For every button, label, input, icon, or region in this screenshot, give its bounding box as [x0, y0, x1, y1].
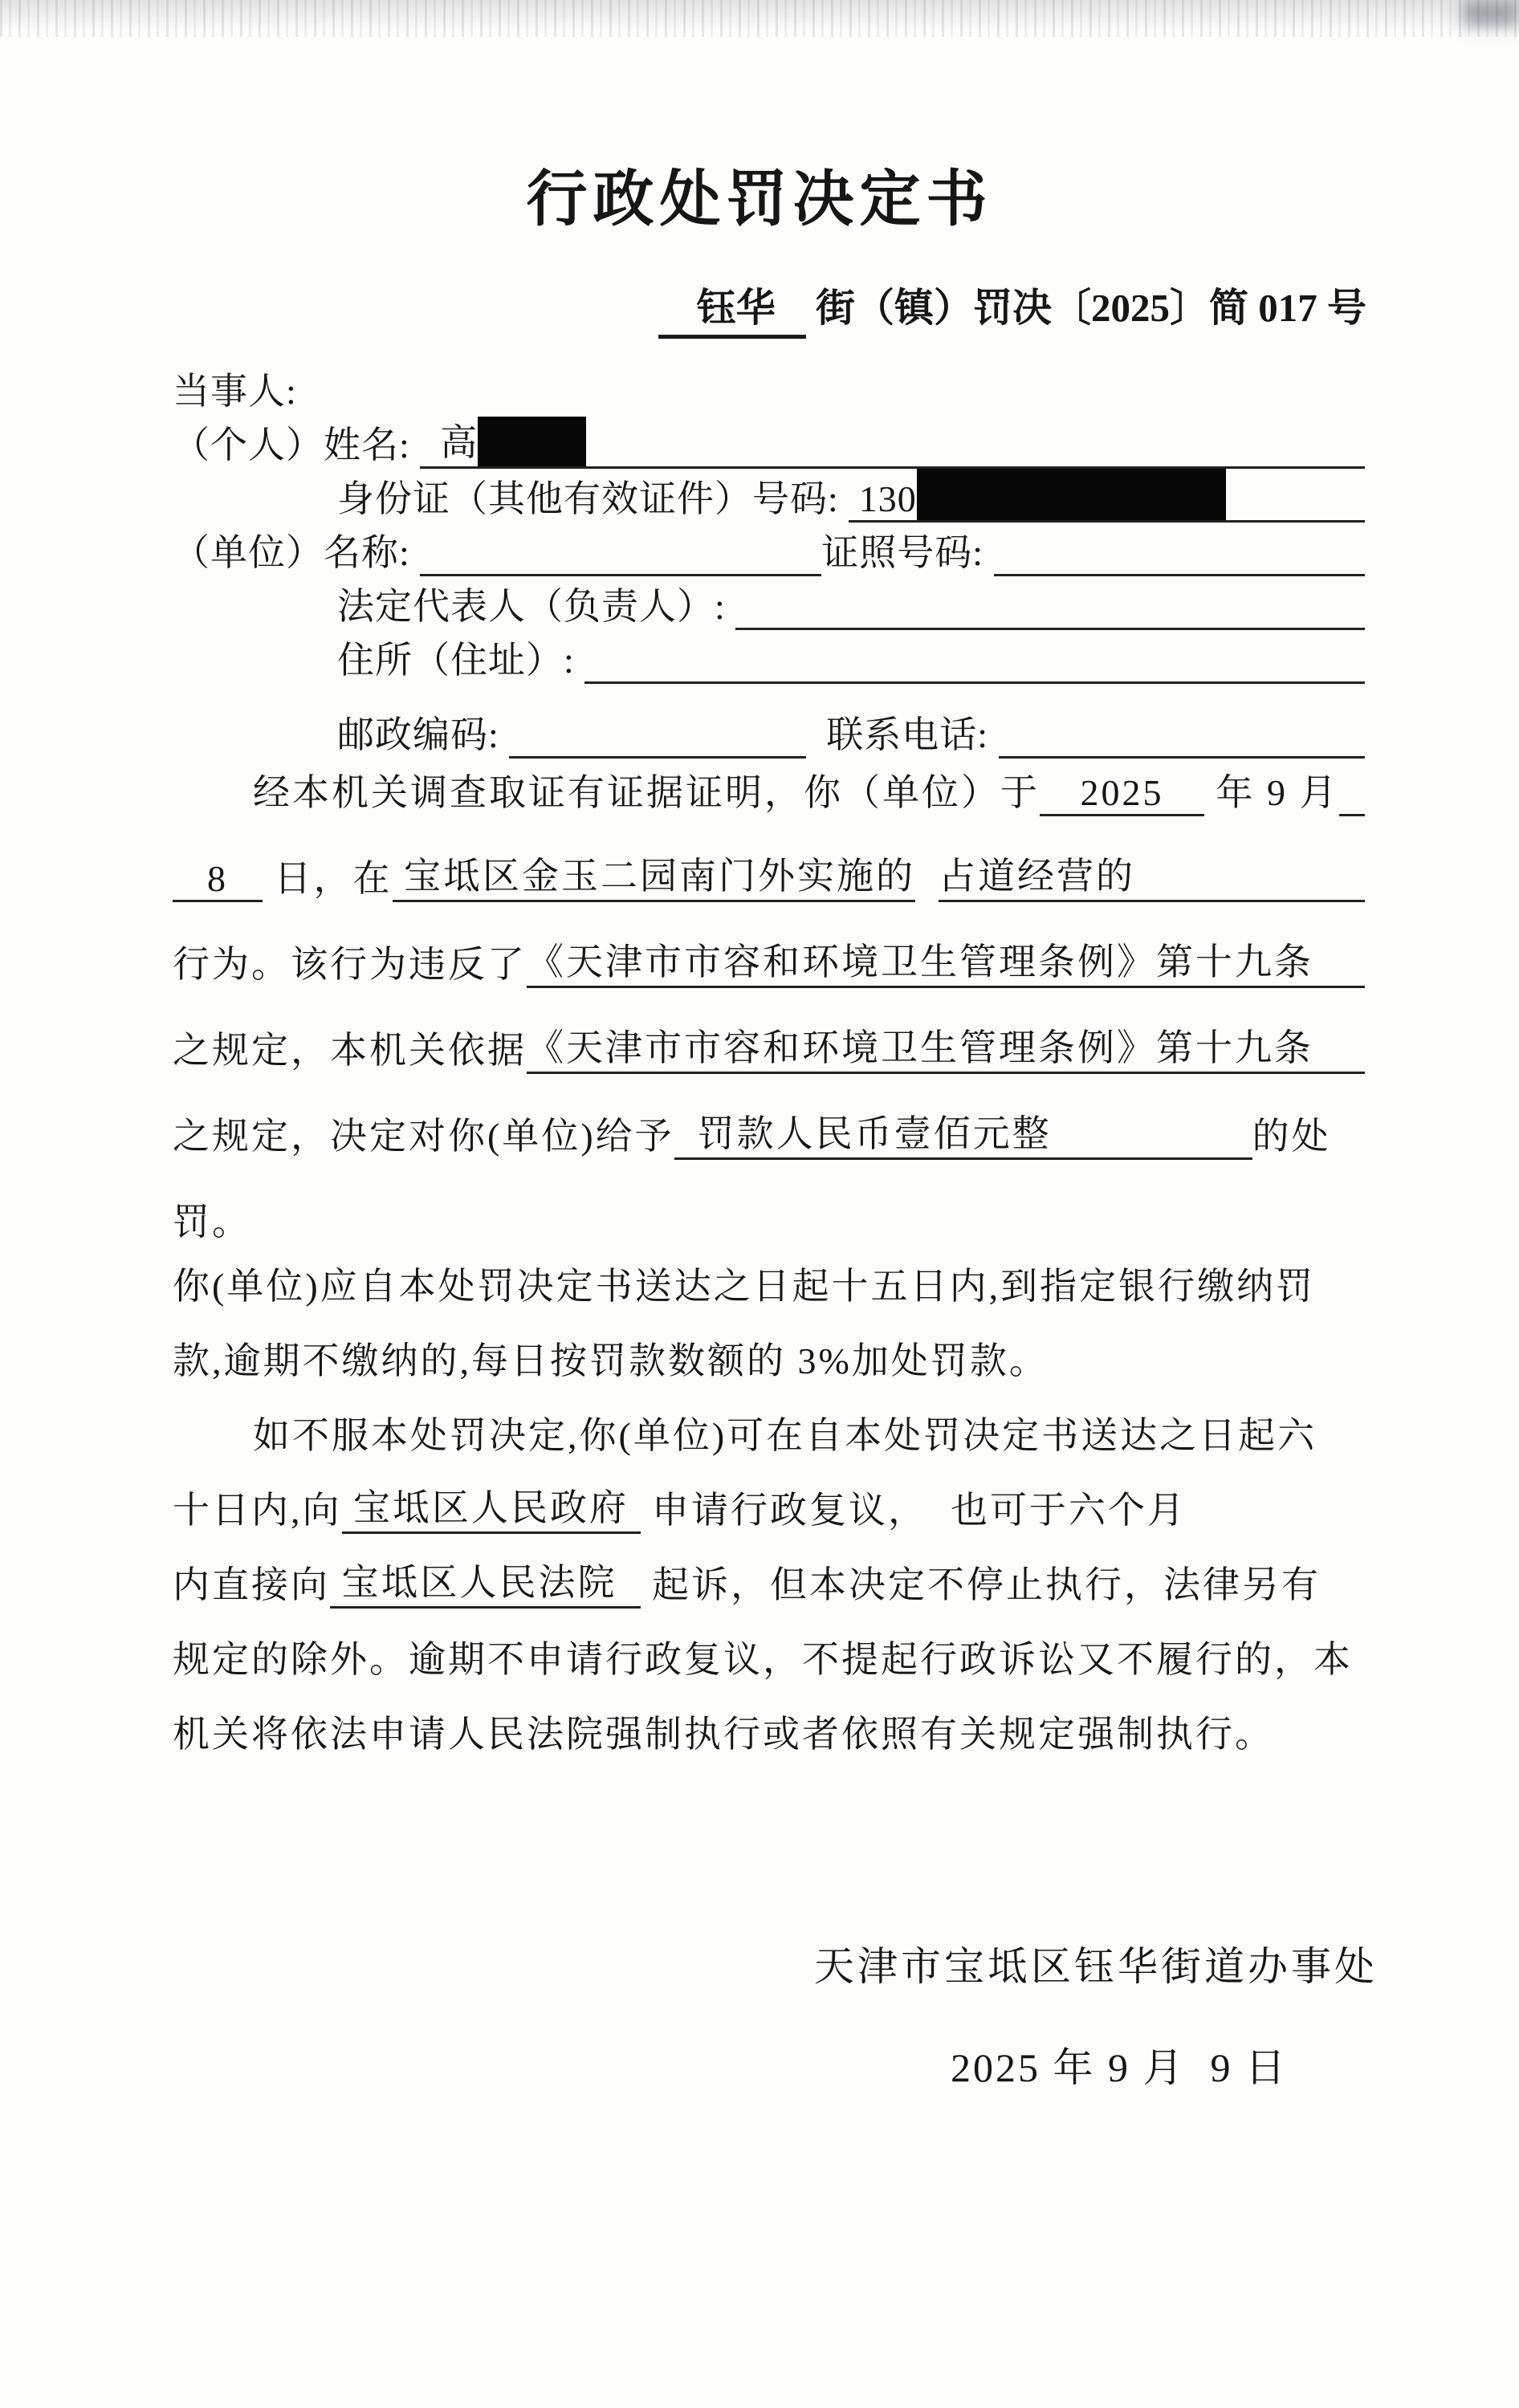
- payment-line-2: 款,逾期不缴纳的,每日按罚款数额的 3%加处罚款。: [173, 1310, 1365, 1385]
- blank-underline: [994, 574, 1365, 576]
- document-content: 当事人:（个人）姓名: 高身份证（其他有效证件）号码: 130（单位）名称: 证…: [173, 361, 1365, 1758]
- blank-underline: [1313, 1072, 1365, 1074]
- text-segment: 十日内,向: [173, 1481, 342, 1534]
- text-segment: 机关将依法申请人民法院强制执行或者依照有关规定强制执行。: [173, 1705, 1274, 1758]
- appeal-line-5: 机关将依法申请人民法院强制执行或者依照有关规定强制执行。: [173, 1683, 1365, 1758]
- document-number-line: 钰华 街（镇）罚决〔2025〕简 017 号: [0, 277, 1366, 339]
- appeal-line-1: 如不服本处罚决定,你(单位)可在自本处罚决定书送达之日起六: [173, 1385, 1365, 1459]
- appeal-line-2: 十日内,向 宝坻区人民政府 申请行政复议， 也可于六个月: [173, 1459, 1365, 1534]
- appeal-line-4: 规定的除外。逾期不申请行政复议，不提起行政诉讼又不履行的，本: [173, 1609, 1365, 1683]
- text-segment: 身份证（其他有效证件）号码:: [337, 470, 849, 523]
- text-segment: 当事人:: [173, 362, 297, 415]
- filled-blank: 《天津市市容和环境卫生管理条例》第十九条: [527, 1019, 1313, 1074]
- text-segment: 起诉，但本决定不停止执行，法律另有: [641, 1556, 1321, 1609]
- filled-blank: 宝坻区人民法院: [330, 1553, 641, 1609]
- text-segment: 申请行政复议， 也可于六个月: [641, 1481, 1187, 1534]
- doc-number-text: 街（镇）罚决〔2025〕简 017 号: [806, 286, 1366, 330]
- finding-line-3: 行为。该行为违反了《天津市市容和环境卫生管理条例》第十九条: [173, 902, 1365, 988]
- issue-date: 2025 年 9 月 9 日: [951, 2036, 1288, 2093]
- text-segment: 证照号码:: [821, 523, 993, 576]
- text-segment: 内直接向: [173, 1556, 330, 1609]
- text-segment: 罚。: [173, 1193, 251, 1246]
- filled-blank: [509, 756, 806, 759]
- redaction-box: [478, 417, 586, 469]
- filled-blank: 宝坻区人民政府: [342, 1479, 641, 1534]
- finding-line-6: 罚。: [173, 1160, 1365, 1246]
- blank-underline: [1135, 900, 1365, 902]
- blank-underline: [584, 681, 1365, 684]
- text-segment: 住所（住址）:: [337, 631, 584, 684]
- filled-blank: 宝坻区金玉二园南门外实施的: [393, 847, 916, 902]
- text-segment: 经本机关调查取证有证据证明，你（单位）于: [253, 763, 1040, 816]
- filled-blank: 130: [849, 478, 917, 523]
- filled-blank: 8: [173, 857, 263, 902]
- filled-blank: 2025: [1040, 771, 1204, 816]
- finding-line-2: 8 日，在 宝坻区金玉二园南门外实施的 占道经营的: [173, 816, 1365, 902]
- filled-blank: 罚款人民币壹佰元整: [674, 1104, 1252, 1160]
- legal-representative-line: 法定代表人（负责人）:: [337, 576, 1365, 630]
- text-segment: 之规定，本机关依据: [173, 1021, 527, 1074]
- text-segment: 的处: [1252, 1107, 1331, 1160]
- redaction-box: [917, 469, 1226, 523]
- finding-line-4: 之规定，本机关依据《天津市市容和环境卫生管理条例》第十九条: [173, 988, 1365, 1074]
- blank-underline: [735, 628, 1365, 630]
- penalty-decision-document: 行政处罚决定书 钰华 街（镇）罚决〔2025〕简 017 号 当事人:（个人）姓…: [0, 0, 1519, 2408]
- text-segment: 规定的除外。逾期不申请行政复议，不提起行政诉讼又不履行的，本: [173, 1630, 1353, 1683]
- decision-body-section: 经本机关调查取证有证据证明，你（单位）于2025 年 9 月8 日，在 宝坻区金…: [173, 760, 1365, 1758]
- scan-corner-smudge: [1463, 0, 1519, 27]
- text-segment: 如不服本处罚决定,你(单位)可在自本处罚决定书送达之日起六: [253, 1406, 1317, 1459]
- text-segment: 年 9 月: [1204, 763, 1339, 816]
- postal-phone-line: 邮政编码: 联系电话:: [337, 705, 1365, 759]
- finding-line-5: 之规定，决定对你(单位)给予 罚款人民币壹佰元整的处: [173, 1074, 1365, 1160]
- text-segment: 邮政编码:: [337, 706, 509, 759]
- text-segment: （个人）姓名:: [173, 416, 420, 469]
- issuing-authority: 天津市宝坻区钰华街道办事处: [814, 1934, 1378, 1992]
- filled-blank: 高: [420, 413, 478, 469]
- text-segment: [915, 860, 939, 902]
- filled-blank: 占道经营的: [939, 847, 1135, 902]
- text-segment: 款,逾期不缴纳的,每日按罚款数额的 3%加处罚款。: [173, 1332, 1049, 1385]
- text-segment: （单位）名称:: [173, 523, 420, 576]
- party-heading: 当事人:: [173, 361, 1365, 415]
- text-segment: 法定代表人（负责人）:: [337, 577, 735, 630]
- payment-line-1: 你(单位)应自本处罚决定书送达之日起十五日内,到指定银行缴纳罚: [173, 1246, 1365, 1310]
- blank-underline: [999, 756, 1365, 759]
- text-segment: 之规定，决定对你(单位)给予: [173, 1107, 674, 1160]
- filled-blank: 《天津市市容和环境卫生管理条例》第十九条: [527, 933, 1313, 988]
- address-line: 住所（住址）:: [337, 630, 1365, 684]
- scan-noise-band: [0, 0, 1519, 37]
- text-segment: 行为。该行为违反了: [173, 935, 527, 988]
- blank-underline: [1339, 814, 1366, 816]
- unit-name-line: （单位）名称: 证照号码:: [173, 523, 1365, 576]
- doc-number-street-blank: 钰华: [658, 277, 806, 339]
- text-segment: 你(单位)应自本处罚决定书送达之日起十五日内,到指定银行缴纳罚: [173, 1257, 1315, 1310]
- id-number-line: 身份证（其他有效证件）号码: 130: [337, 469, 1365, 523]
- text-segment: 日，在: [263, 849, 393, 902]
- blank-underline: [1226, 520, 1365, 523]
- filled-blank: [420, 574, 821, 576]
- appeal-line-3: 内直接向 宝坻区人民法院 起诉，但本决定不停止执行，法律另有: [173, 1534, 1365, 1609]
- finding-line-1: 经本机关调查取证有证据证明，你（单位）于2025 年 9 月: [173, 760, 1365, 816]
- personal-name-line: （个人）姓名: 高: [173, 415, 1365, 469]
- blank-underline: [1313, 986, 1365, 988]
- party-info-section: 当事人:（个人）姓名: 高身份证（其他有效证件）号码: 130（单位）名称: 证…: [173, 361, 1365, 759]
- text-segment: 联系电话:: [806, 706, 998, 759]
